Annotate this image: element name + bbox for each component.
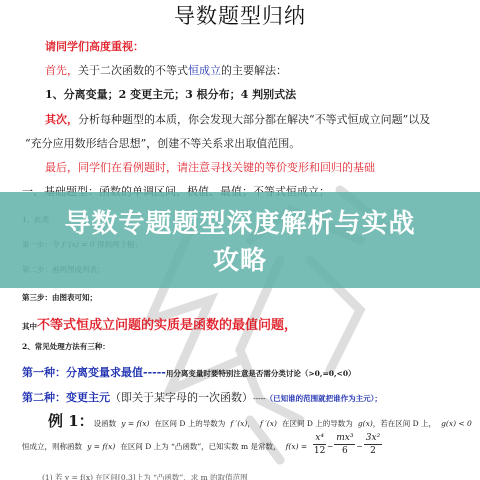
essence-line: 其中不等式恒成立问题的实质是函数的最值问题， (22, 314, 297, 333)
fraction-mx3-over-6: mx³6 (334, 432, 355, 457)
example-one-question-1: (1) 若 y = f(x) 在区间[0,3]上为 “凸函数”，求 m 的取值范… (42, 472, 248, 480)
example-one-math: g(x) < 0 (441, 419, 472, 428)
method-one: 第一种：分离变量求最值-----用分离变量时要特别注意是否需分类讨论（>0,=0… (22, 361, 356, 380)
example-one-text: ， (247, 419, 255, 428)
document-page: 导数题型归纳 请同学们高度重视： 首先，关于二次函数的不等式恒成立的主要解法： … (0, 0, 480, 480)
second-paragraph-line2: “充分应用数形结合思想”，创建不等关系求出取值范围。 (25, 135, 300, 151)
minus-sign: − (356, 442, 362, 451)
second-text-line1: 分析每种题型的本质，你会发现大部分都在解决“不等式恒成立问题”以及 (78, 113, 430, 126)
first-paragraph: 首先，关于二次函数的不等式恒成立的主要解法： (45, 62, 287, 78)
essence-prefix: 其中 (22, 322, 37, 331)
method-two: 第二种：变更主元（即关于某字母的一次函数）-----（已知谁的范围就把谁作为主元… (22, 386, 382, 405)
example-one-text: ，若在区间 D 上， (373, 419, 436, 428)
formula-lhs: f(x) = (286, 442, 308, 451)
second-paragraph-line1: 其次，分析每种题型的本质，你会发现大部分都在解决“不等式恒成立问题”以及 (45, 111, 430, 127)
example-one-math: f ′(x) (230, 419, 247, 428)
intro-heading: 请同学们高度重视： (45, 38, 144, 54)
method-two-label-bold: 变更主元 (66, 391, 110, 404)
example-one-text: 在区间 D 上的导数为 (155, 419, 226, 428)
example-one-line2: 恒成立，则称函数 y = f(x) 在区间 D 上为 “凸函数”，已知实数 m … (22, 432, 383, 457)
first-text-a: 关于二次函数的不等式 (78, 64, 188, 77)
first-label: 首先， (45, 64, 78, 77)
method-two-label: 第二种： (22, 391, 66, 404)
method-two-dashes: ----- (253, 394, 266, 403)
example-one-text: 在区间 D 上为 “凸函数”，已知实数 m 是常数， (120, 442, 280, 451)
method-one-note: 用分离变量时要特别注意是否需分类讨论（>0,=0,<0） (166, 369, 356, 378)
second-label: 其次， (45, 113, 78, 126)
banner-title-line1: 导数专题题型深度解析与实战 (0, 206, 480, 243)
step-three: 第三步：由图表可知； (22, 292, 97, 303)
example-one-math: f ′(x) (260, 419, 277, 428)
example-one-label: 例 1： (48, 412, 94, 430)
example-one-math: g(x) (358, 419, 373, 428)
banner-title: 导数专题题型深度解析与实战 攻略 (0, 206, 480, 280)
example-one-text: 恒成立，则称函数 (22, 442, 82, 451)
first-highlight: 恒成立 (188, 64, 221, 77)
item-two: 2、常见处理方法有三种： (22, 341, 110, 352)
last-line: 最后，同学们在看例题时，请注意寻找关键的等价变形和回归的基础 (45, 159, 375, 175)
banner-title-line2: 攻略 (0, 243, 480, 280)
example-one-math: y = f(x) (87, 442, 115, 451)
essence-red-text: 不等式恒成立问题的实质是函数的最值问题， (37, 318, 297, 333)
example-one-text: 设函数 (94, 419, 117, 428)
fraction-x4-over-12: x⁴12 (313, 432, 326, 457)
method-two-paren: （即关于某字母的一次函数） (110, 391, 253, 404)
method-one-label: 第一种：分离变量求最值----- (22, 366, 166, 379)
method-two-note: （已知谁的范围就把谁作为主元）； (266, 394, 382, 403)
fraction-3x2-over-2: 3x²2 (364, 432, 382, 457)
first-text-b: 的主要解法： (221, 64, 287, 77)
example-one-math: y = f(x) (121, 419, 149, 428)
minus-sign: − (327, 442, 333, 451)
example-one-line1: 例 1：设函数 y = f(x) 在区间 D 上的导数为 f ′(x)， f ′… (48, 410, 472, 431)
document-title: 导数题型归纳 (0, 0, 480, 30)
example-one-text: 在区间 D 上的导数为 (282, 419, 353, 428)
methods-line: 1、分离变量；2 变更主元；3 根分布；4 判别式法 (45, 86, 296, 102)
